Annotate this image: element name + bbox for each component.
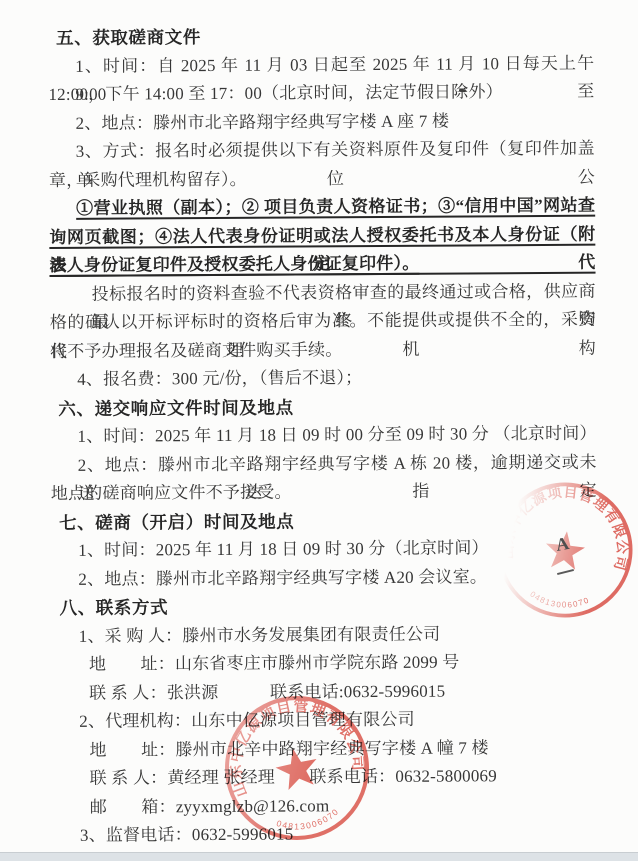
doc-line: 1、采 购 人：滕州市水务发展集团有限责任公司: [52, 619, 598, 651]
doc-line: 1、时间：自 2025 年 11 月 03 日起至 2025 年 11 月 10…: [48, 49, 594, 81]
doc-line: 地 址：山东省枣庄市滕州市学院东路 2099 号: [52, 648, 598, 680]
doc-line: 询网页截图；④法人代表身份证明或法人授权委托书及本人身份证（附法定代: [49, 220, 595, 252]
doc-line: 格的确认以开标评标时的资格后审为准。不能提供或提供不全的，采购代理机构: [50, 306, 596, 338]
doc-line: 五、获取磋商文件: [48, 21, 594, 53]
doc-line: ①营业执照（副本）；② 项目负责人资格证书；③“信用中国”网站查: [49, 192, 595, 224]
company-seal-stamp: 山东中亿源项目管理有限公司 04813006070: [202, 673, 392, 861]
doc-line: 2、地点：滕州市北辛路翔宇经典写字楼 A 座 7 楼: [49, 106, 595, 138]
doc-line: 1、时间：2025 年 11 月 18 日 09 时 00 分至 09 时 30…: [50, 420, 596, 452]
doc-line: 4、报名费：300 元/份，（售后不退）；: [50, 363, 596, 395]
doc-line: 投标报名时的资料查验不代表资格审查的最终通过或合格，供应商最终资: [50, 277, 596, 309]
seal-star-icon: [272, 744, 321, 792]
seal-serial-number: 04813006070: [273, 805, 343, 837]
scan-edge-strip: [0, 852, 638, 861]
doc-line: 3、方式：报名时必须提供以下有关资料原件及复印件（复印件加盖单位公: [49, 135, 595, 167]
doc-line: 六、递交响应文件时间及地点: [50, 391, 596, 423]
scanned-document-page: 五、获取磋商文件1、时间：自 2025 年 11 月 03 日起至 2025 年…: [0, 0, 638, 861]
